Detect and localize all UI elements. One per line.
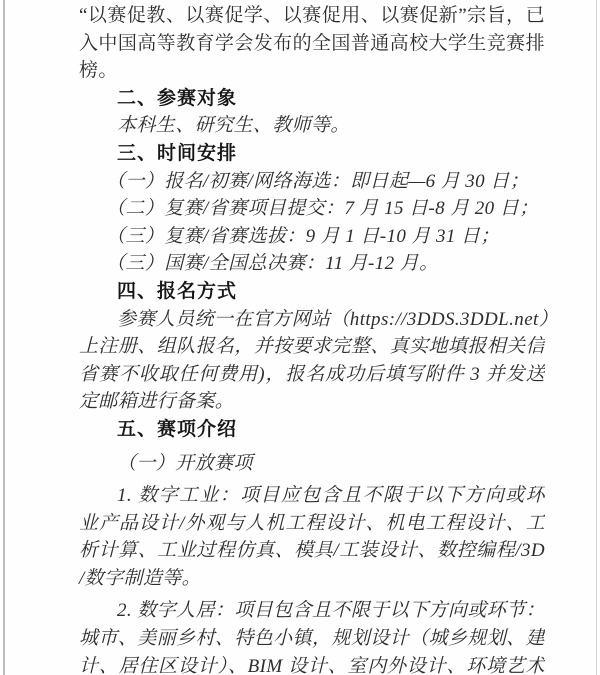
page-right-edge — [596, 0, 597, 675]
paragraph-line: 省赛不收取任何费用)，报名成功后填写附件 3 并发送至指 — [79, 361, 545, 389]
heading-section-3-schedule: 三、时间安排 — [79, 140, 545, 168]
paragraph-line: 上注册、组队报名，并按要求完整、真实地填报相关信息(校、 — [79, 333, 545, 361]
paragraph-line: 城市、美丽乡村、特色小镇，规划设计（城乡规划、建筑设 — [79, 625, 545, 653]
schedule-item-4: （三）国赛/全国总决赛：11 月-12 月。 — [79, 250, 545, 278]
document-body: “以赛促教、以赛促学、以赛促用、以赛促新”宗旨，已列 入中国高等教育学会发布的全… — [79, 2, 545, 675]
page-left-edge — [3, 0, 5, 675]
paragraph-line: 析计算、工业过程仿真、模具/工装设计、数控编程/3D 打印 — [79, 537, 545, 565]
paragraph-line: 定邮箱进行备案。 — [79, 388, 545, 416]
schedule-item-2: （二）复赛/省赛项目提交：7 月 15 日-8 月 20 日； — [79, 195, 545, 223]
paragraph-line: 入中国高等教育学会发布的全国普通高校大学生竞赛排行 — [79, 30, 545, 58]
subheading-open-events: （一）开放赛项 — [79, 450, 545, 478]
paragraph-line: 计、居住区设计）、BIM 设计、室内外设计、环境艺术设计、 — [79, 653, 545, 675]
paragraph-line: /数字制造等。 — [79, 565, 545, 593]
paragraph-line: 业产品设计/外观与人机工程设计、机电工程设计、工程分 — [79, 510, 545, 538]
paragraph-line: 榜。 — [79, 57, 545, 85]
schedule-item-1: （一）报名/初赛/网络海选：即日起—6 月 30 日； — [79, 168, 545, 196]
heading-section-5-events: 五、赛项介绍 — [79, 416, 545, 444]
paragraph-line: 本科生、研究生、教师等。 — [79, 112, 545, 140]
heading-section-2-participants: 二、参赛对象 — [79, 85, 545, 113]
paragraph-line-with-url: 参赛人员统一在官方网站（https://3DDS.3DDL.net） — [79, 306, 545, 334]
event-2-digital-habitat: 2. 数字人居：项目包含且不限于以下方向或环节：数字 — [79, 597, 545, 625]
event-1-digital-industry: 1. 数字工业：项目应包含且不限于以下方向或环节：工 — [79, 482, 545, 510]
paragraph-line: “以赛促教、以赛促学、以赛促用、以赛促新”宗旨，已列 — [79, 2, 545, 30]
heading-section-4-registration: 四、报名方式 — [79, 278, 545, 306]
schedule-item-3: （三）复赛/省赛选拔：9 月 1 日-10 月 31 日； — [79, 223, 545, 251]
